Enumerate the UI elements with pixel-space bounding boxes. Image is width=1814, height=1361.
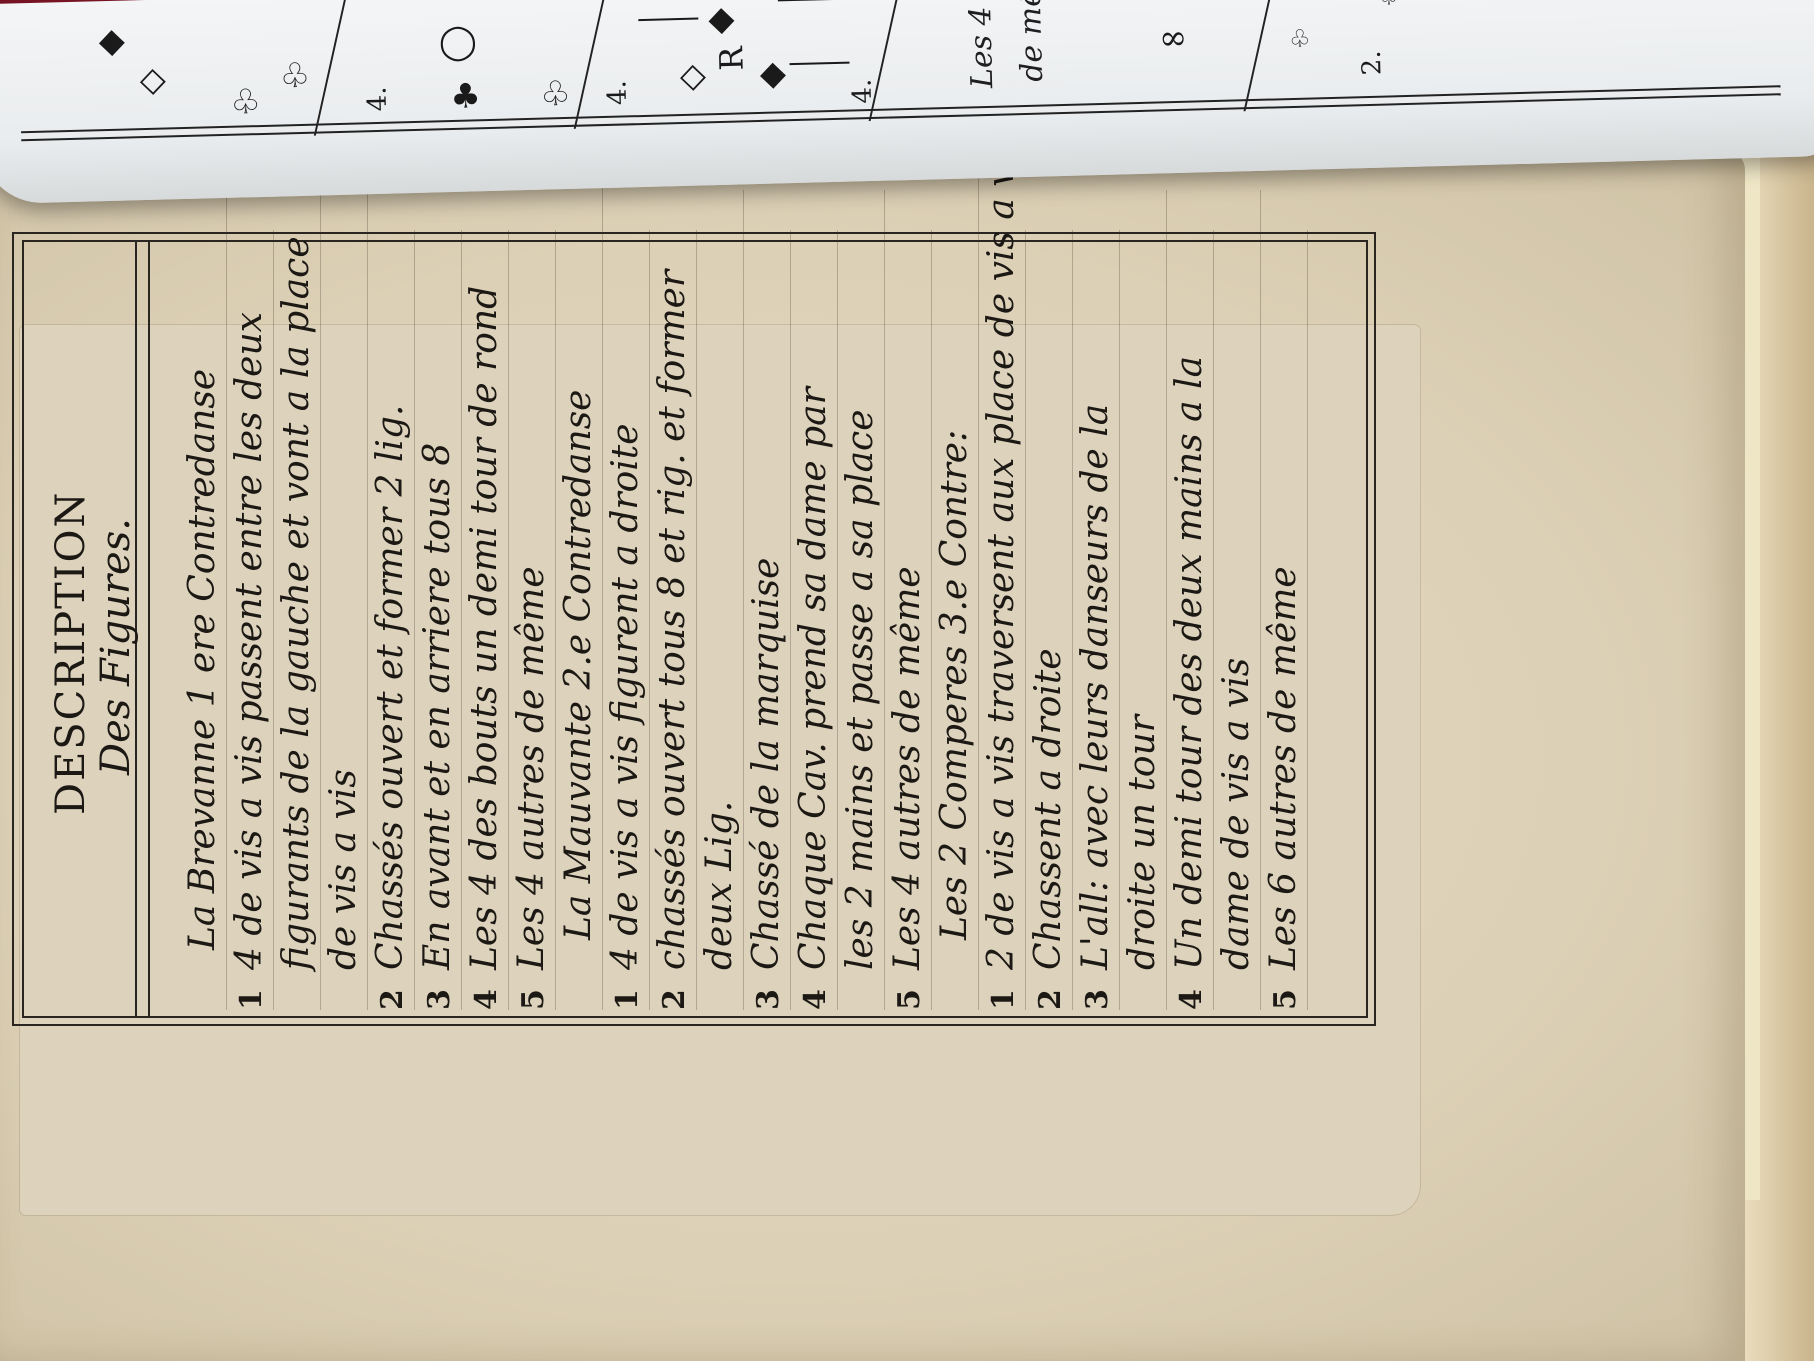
list-item: deux Lig.: [697, 190, 744, 1010]
section-heading: Les 2 Comperes 3.e Contre:: [932, 160, 979, 1010]
facing-page-border: [21, 93, 1780, 141]
title-rule-inner: [148, 240, 150, 1016]
list-item: de vis a vis: [321, 190, 368, 1010]
list-item: 5Les 6 autres de même: [1261, 230, 1308, 1010]
facing-text-fragment: de mên: [1012, 0, 1050, 82]
list-item: 5Les 4 autres de même: [885, 230, 932, 1010]
diagram-divider: [314, 0, 347, 136]
spade-symbol-icon: ♤: [1378, 0, 1400, 11]
list-item: 12 de vis a vis traversent aux place de …: [979, 230, 1026, 1010]
square-symbol-icon: ◇: [139, 59, 166, 100]
list-item: 2Chassés ouvert et former 2 lig.: [368, 230, 415, 1010]
page-subtitle: Des Figures.: [94, 491, 138, 775]
list-item: 3Chassé de la marquise: [744, 230, 791, 1010]
figure-number: 2.: [1357, 50, 1388, 76]
list-item: 4Chaque Cav. prend sa dame par: [791, 230, 838, 1010]
title-block: DESCRIPTION Des Figures.: [48, 491, 138, 815]
arrow-icon: [778, 0, 838, 1]
club-symbol-icon: ♧: [1289, 25, 1311, 54]
figure-number: 4.: [362, 86, 393, 112]
section-heading: La Brevanne 1 ere Contredanse: [180, 170, 227, 1010]
list-item: 14 de vis a vis passent entre les deux: [227, 230, 274, 1010]
diagram-divider: [574, 0, 607, 129]
diamond-symbol-icon: ◆: [708, 0, 735, 39]
interlinked-path-icon: ∞: [1158, 18, 1187, 59]
diagram-divider: [1243, 0, 1276, 111]
list-item: 5Les 4 autres de même: [509, 230, 556, 1010]
diamond-symbol-icon: ◆: [759, 53, 786, 94]
list-item: 2chassés ouvert tous 8 et rig. et former: [650, 230, 697, 1010]
list-item: 4Les 4 des bouts un demi tour de rond: [462, 230, 509, 1010]
list-item: les 2 mains et passe a sa place: [838, 190, 885, 1010]
club-symbol-icon: ♧: [279, 56, 311, 97]
figure-number: 4.: [602, 80, 633, 106]
club-symbol-icon: ♧: [540, 74, 572, 115]
arrow-icon: [790, 62, 850, 66]
list-item: 3En avant et en arriere tous 8: [415, 230, 462, 1010]
list-item: 2Chassent a droite: [1026, 230, 1073, 1010]
list-item: 4Un demi tour des deux mains a la: [1167, 230, 1214, 1010]
facing-text-fragment: Les 4 aut: [962, 0, 1001, 89]
square-symbol-icon: ◇: [679, 55, 706, 96]
list-item: 14 de vis a vis figurent a droite: [603, 230, 650, 1010]
arrow-icon: [638, 18, 698, 22]
diamond-symbol-icon: ◆: [98, 21, 125, 62]
list-item: droite un tour: [1120, 190, 1167, 1010]
figure-number: 4.: [847, 78, 878, 104]
club-symbol-icon: ♣: [450, 76, 482, 117]
list-item: dame de vis a vis: [1214, 190, 1261, 1010]
club-symbol-icon: ♧: [230, 82, 262, 123]
page-title: DESCRIPTION: [48, 491, 94, 815]
circular-path-icon: ◯: [438, 21, 477, 62]
section-heading: La Mauvante 2.e Contredanse: [556, 160, 603, 1010]
list-item: 3L'all: avec leurs danseurs de la: [1073, 230, 1120, 1010]
label-r: R: [712, 46, 751, 71]
figure-descriptions: La Brevanne 1 ere Contredanse 14 de vis …: [180, 230, 1308, 1010]
list-item: figurants de la gauche et vont a la plac…: [274, 190, 321, 1010]
